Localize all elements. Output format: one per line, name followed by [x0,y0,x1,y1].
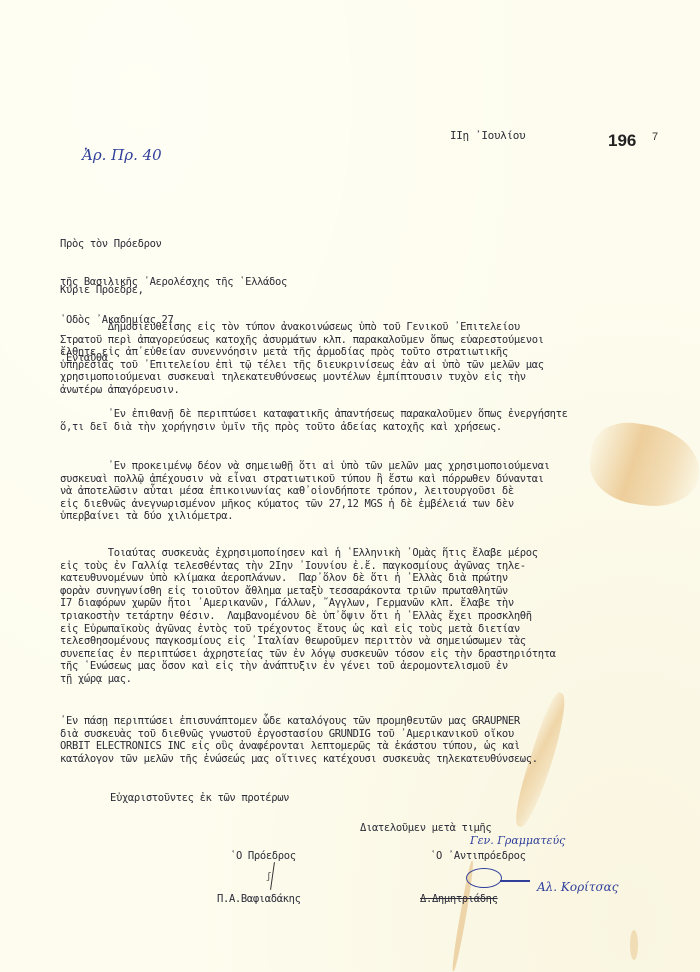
handwritten-reference-number: Ἀρ. Πρ. 40 [82,146,162,164]
paragraph-line: ᾽Εν προκειμένῳ δέον νὰ σημειωθῇ ὅτι αἱ ὑ… [60,460,550,473]
paragraph-line: ᾽Εν πάσῃ περιπτώσει ἐπισυνάπτομεν ὧδε κα… [60,715,538,728]
paragraph-line: φορὰν συνηγωνίσθη εἰς τοιοῦτον ἄθλημα με… [60,585,556,598]
thanks-line: Εὐχαριστοῦντες ἐκ τῶν προτέρων [110,792,289,805]
handwritten-signatory-name: Αλ. Κορίτσας [537,880,619,894]
signatory-name-president: Π.Α.Βαφιαδάκης [217,893,301,906]
paper-stain [630,930,638,960]
body-paragraph: ᾽Εν προκειμένῳ δέον νὰ σημειωθῇ ὅτι αἱ ὑ… [60,460,550,523]
paragraph-line: διὰ συσκευὰς τοῦ διεθνῶς γνωστοῦ ἐργοστα… [60,728,538,741]
signatory-role-president: ῾Ο Πρόεδρος [230,850,296,863]
signature-mark: ʃ [266,872,271,882]
paragraph-line: I7 διαφόρων χωρῶν ἤτοι ᾽Αμερικανῶν, Γάλλ… [60,597,556,610]
signatory-role-vice-president: ῾Ο ᾽Αντιπρόεδρος [430,850,526,863]
closing-formula: Διατελοῦμεν μετὰ τιμῆς [360,822,491,835]
paragraph-line: νὰ ἀποτελῶσιν αὗται μέσα ἐπικοινωνίας κα… [60,485,550,498]
salutation: Κύριε Πρόεδρε, [60,284,144,297]
paragraph-line: συσκευαὶ πολλῷ ἀπέχουσιν νὰ εἶναι στρατι… [60,473,550,486]
paragraph-line: εἰς τοὺς ἐν Γαλλίᾳ τελεσθέντας τὴν 2Ιην … [60,560,556,573]
paragraph-line: ᾽Εν ἐπιθανῇ δὲ περιπτώσει καταφατικῆς ἀπ… [60,408,568,421]
body-paragraph: Δημοσιευθείσης εἰς τὸν τύπον ἀνακοινώσεω… [60,321,544,397]
letter-year: 196 [608,131,636,151]
body-paragraph: ᾽Εν πάσῃ περιπτώσει ἐπισυνάπτομεν ὧδε κα… [60,715,538,765]
paragraph-line: εἰς Εὐρωπαϊκοὺς ἀγῶνας ἐντὸς τοῦ τρέχοντ… [60,623,556,636]
paragraph-line: ὅ,τι δεῖ διὰ τὴν χορήγησιν ὑμῖν τῆς πρὸς… [60,421,568,434]
paragraph-line: τριακοστὴν τετάρτην θέσιν. Λαμβανομένου … [60,610,556,623]
signature-stroke [500,880,530,882]
letter-year-digit: 7 [652,131,658,143]
paragraph-line: ORBIT ELECTRONICS INC εἰς οὓς ἀναφέροντα… [60,740,538,753]
paragraph-line: τῆς ῾Ενώσεως μας ὅσον καὶ εἰς τὴν ἀνάπτυ… [60,660,556,673]
paragraph-line: Στρατοῦ περὶ ἀπαγορεύσεως κατοχῆς ἀσυρμά… [60,334,544,347]
signature-vice-president [466,868,502,888]
paragraph-line: χρησιμοποιούμεναι συσκευαὶ τηλεκατευθύνσ… [60,371,544,384]
paragraph-line: τῇ χώρᾳ μας. [60,673,556,686]
paper-stain [585,418,700,513]
paragraph-line: ὑπερβαίνει τὰ δύο χιλιόμετρα. [60,510,550,523]
paragraph-line: εἰς διεθνῶς ἀνεγνωρισμένον μῆκος κύματος… [60,498,550,511]
paragraph-line: τελεσθησομένους παγκοσμίους εἰς ᾽Ιταλίαν… [60,635,556,648]
paragraph-line: κατευθυνομένων ὑπὸ κλίμακα ἀεροπλάνων. Π… [60,572,556,585]
paragraph-line: Τοιαύτας συσκευὰς ἐχρησιμοποίησεν καὶ ἡ … [60,547,556,560]
paragraph-line: Δημοσιευθείσης εἰς τὸν τύπον ἀνακοινώσεω… [60,321,544,334]
paragraph-line: ἔλθητε εἰς ἀπ᾽εὐθείαν συνεννόησιν μετὰ τ… [60,346,544,359]
paragraph-line: κατάλογον τῶν μελῶν τῆς ἑνώσεώς μας οἵτι… [60,753,538,766]
letter-date: IIῃ ᾽Ιουλίου [450,130,525,143]
body-paragraph: Τοιαύτας συσκευὰς ἐχρησιμοποίησεν καὶ ἡ … [60,547,556,686]
handwritten-secretary-note: Γεν. Γραμματεύς [470,834,565,847]
paragraph-line: ὑπηρεσίας τοῦ ᾽Επιτελείου ἐπὶ τῷ τέλει τ… [60,359,544,372]
letter-page: IIῃ ᾽Ιουλίου 196 7 Ἀρ. Πρ. 40 Πρὸς τὸν Π… [0,0,700,972]
signatory-name-vice-president: Δ.Δημητριάδης [420,893,498,906]
paragraph-line: συνεπείας ἐν περιπτώσει ἀχρηστείας τῶν ἐ… [60,648,556,661]
recipient-line: Πρὸς τὸν Πρόεδρον [60,238,287,251]
body-paragraph: ᾽Εν ἐπιθανῇ δὲ περιπτώσει καταφατικῆς ἀπ… [60,408,568,433]
paragraph-line: ἀνωτέρω ἀπαγόρευσιν. [60,384,544,397]
